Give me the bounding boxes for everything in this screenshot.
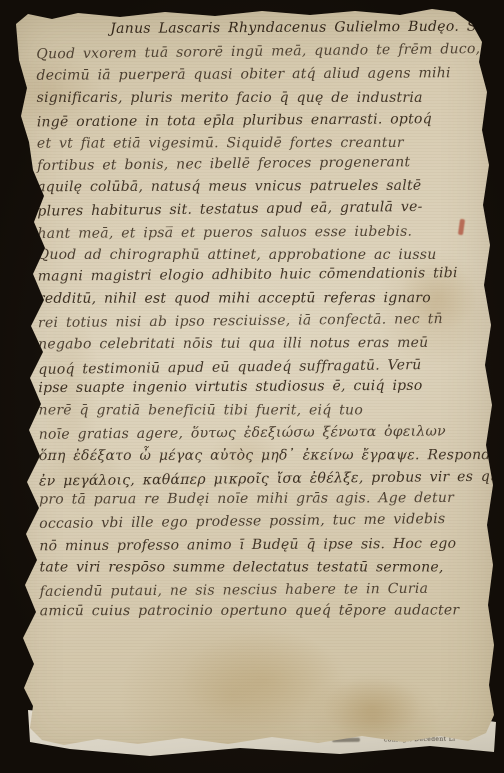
stain (322, 678, 422, 738)
manuscript-line: tate viri respōso summe delectatus testa… (39, 556, 467, 578)
manuscript-line: ingē oratione in tota ep̄la pluribus ena… (37, 108, 465, 134)
manuscript-line: ὅπη ἐδέξατο ὦ μέγας αὐτὸς μηδ᾽ ἐκείνω ἔγ… (39, 444, 467, 467)
manuscript-line: plures habiturus sit. testatus apud eā, … (37, 196, 465, 224)
manuscript-line: fortibus et bonis, nec ibellē feroces pr… (37, 150, 465, 177)
paragraph-2: Quod ad chirographū attinet, approbation… (38, 242, 468, 624)
manuscript-line: nerē q̄ gratiā beneficiū tibi fuerit, ei… (39, 399, 467, 421)
manuscript-photo: coniugit Decedent Li Janus Lascaris Rhyn… (0, 0, 504, 773)
manuscript-line: ipse suapte ingenio virtutis studiosus ē… (38, 375, 466, 400)
heading-text: Janus Lascaris Rhyndacenus Gulielmo Budę… (110, 19, 481, 37)
letter-text: Janus Lascaris Rhyndacenus Gulielmo Budę… (36, 19, 468, 625)
manuscript-line: magni magistri elogio adhibito huic cōme… (38, 262, 466, 288)
folio-number: 304. (481, 19, 504, 34)
paragraph-ink-tick (27, 250, 31, 262)
manuscript-line: redditū, nihil est quod mihi acceptū ref… (38, 287, 466, 310)
manuscript-line: amicū cuius patrocinio opertuno queq́ tē… (40, 599, 468, 622)
manuscript-line: occasio vbi ille ego prodesse possim, tu… (39, 508, 467, 536)
manuscript-line: negabo celebritati nōis tui qua illi not… (38, 332, 466, 356)
manuscript-line: noīe gratias agere, ὅυτως ἐδεξιώσω ξένωτ… (39, 420, 467, 446)
manuscript-page: Janus Lascaris Rhyndacenus Gulielmo Budę… (0, 0, 504, 773)
manuscript-line: rei totius nisi ab ipso resciuisse, iā c… (38, 308, 466, 335)
heading-line: Janus Lascaris Rhyndacenus Gulielmo Budę… (36, 19, 464, 38)
stain (180, 630, 350, 730)
paragraph-1: Quod vxorem tuā sororē ingū meā, quando … (36, 41, 465, 245)
manuscript-line: pro tā parua re Budęi noīe mihi grās agi… (39, 487, 467, 511)
manuscript-line: decimū iā puerperā quasi obiter atq́ ali… (36, 62, 464, 87)
manuscript-line: nō minus professo animo ī Budęū q̄ ipse … (39, 532, 467, 557)
manuscript-line: Quod vxorem tuā sororē ingū meā, quando … (36, 38, 464, 66)
manuscript-line: significaris, pluris merito facio q̄ quę… (37, 87, 465, 109)
manuscript-line: aquilę colūbā, natusq́ meus vnicus patru… (37, 175, 465, 199)
